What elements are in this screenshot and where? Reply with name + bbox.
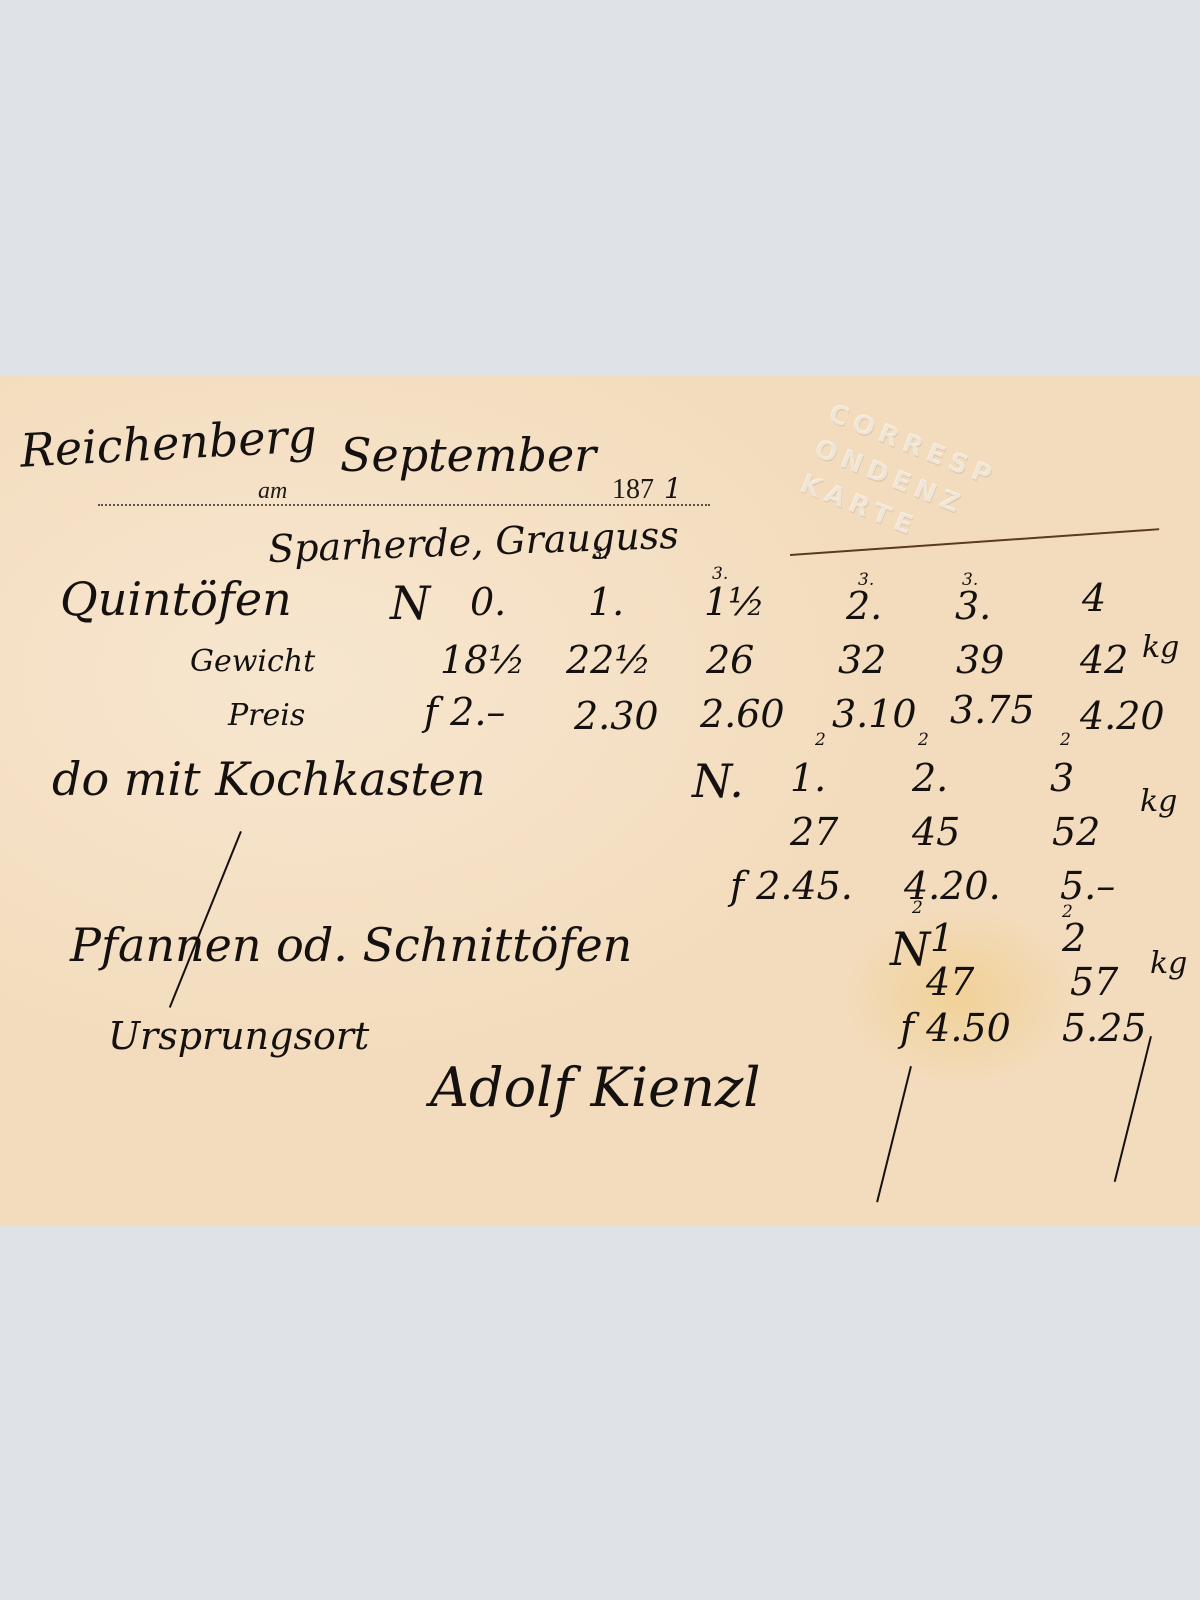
number-cell: 2 <box>1062 916 1086 960</box>
weight-cell: 26 <box>706 638 754 682</box>
price-cell: 5.25 <box>1062 1006 1147 1050</box>
weight-cell: 22½ <box>566 638 651 682</box>
weight-unit: kg <box>1142 630 1179 665</box>
dotted-date-line <box>98 504 710 506</box>
price-cell: 3.75 <box>950 688 1035 732</box>
number-cell: 1. <box>588 580 624 624</box>
weight-cell: 18½ <box>440 638 525 682</box>
section3-title: Pfannen od. Schnittöfen <box>70 918 632 972</box>
place-name: Reichenberg <box>19 408 318 477</box>
sup: 2 <box>1060 730 1071 750</box>
weight-unit: kg <box>1140 784 1177 819</box>
pen-flourish <box>876 1066 912 1202</box>
month: September <box>340 428 596 482</box>
price-label: Preis <box>228 698 305 733</box>
signature: Adolf Kienzl <box>430 1056 761 1119</box>
price-cell: 2.30 <box>574 694 659 738</box>
printed-am: am <box>258 478 287 505</box>
price-cell: f 2.– <box>424 690 505 734</box>
weight-cell: 47 <box>926 960 974 1004</box>
number-cell: 2. <box>846 584 882 628</box>
section1-title: Quintöfen <box>60 572 292 626</box>
weight-cell: 42 <box>1080 638 1128 682</box>
sup: 2 <box>815 730 826 750</box>
weight-cell: 52 <box>1052 810 1100 854</box>
weight-label: Gewicht <box>190 644 315 679</box>
section1-no-label: N <box>390 576 430 630</box>
weight-unit: kg <box>1150 946 1187 981</box>
number-cell: 3 <box>1050 756 1074 800</box>
printed-year: 187 <box>612 474 654 506</box>
year-suffix: 1 <box>664 472 682 505</box>
number-cell: 0. <box>470 580 506 624</box>
postcard: CORRESP ONDENZ KARTE Reichenberg am Sept… <box>0 376 1200 1226</box>
weight-cell: 45 <box>912 810 960 854</box>
subtitle: Sparherde, Grauguss <box>267 513 679 571</box>
price-cell: 3.10 <box>832 692 917 736</box>
price-cell: 2.60 <box>700 692 785 736</box>
number-cell: 1. <box>790 756 826 800</box>
sup: 3. <box>592 544 608 564</box>
section3-no-label: N <box>890 922 930 976</box>
embossed-stamp: CORRESP ONDENZ KARTE <box>762 395 1078 678</box>
price-cell: f 4.50 <box>900 1006 1011 1050</box>
weight-cell: 39 <box>956 638 1004 682</box>
price-cell: f 2.45. <box>730 864 853 908</box>
price-cell: 4.20 <box>1080 694 1165 738</box>
sup: 2 <box>918 730 929 750</box>
weight-cell: 57 <box>1070 960 1118 1004</box>
weight-cell: 27 <box>790 810 838 854</box>
number-cell: 4 <box>1082 576 1106 620</box>
section2-no-label: N. <box>692 754 744 808</box>
number-cell: 1 <box>930 916 954 960</box>
number-cell: 1½ <box>704 580 765 624</box>
number-cell: 2. <box>912 756 948 800</box>
pen-flourish <box>1114 1036 1152 1182</box>
section2-title: do mit Kochkasten <box>52 752 486 806</box>
number-cell: 3. <box>955 584 991 628</box>
weight-cell: 32 <box>838 638 886 682</box>
sup: 2 <box>912 898 923 918</box>
closing-greeting: Ursprungsort <box>108 1014 369 1058</box>
